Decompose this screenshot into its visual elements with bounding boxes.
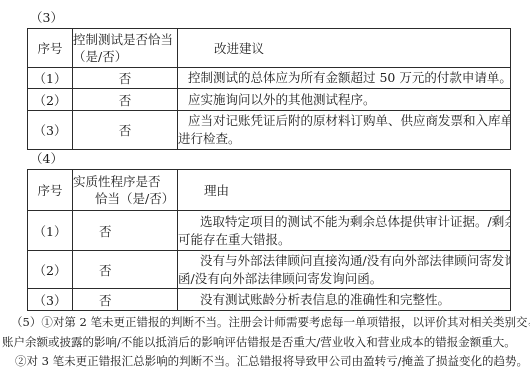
answer-cell: 否 <box>73 111 178 150</box>
table-row: （1） 否 选取特定项目的测试不能为剩余总体提供审计证据。/剩余总体 可能存在重… <box>28 211 511 251</box>
header-line: 恰当（是/否） <box>95 190 177 207</box>
row-number-cell: （3） <box>28 289 73 311</box>
suggestion-cell: 应当对记账凭证后附的原材料订购单、供应商发票和入库单 进行检查。 <box>178 111 511 150</box>
row-number-cell: （3） <box>28 111 73 150</box>
header-line: （是/否） <box>73 48 177 65</box>
cell-text-line: 应当对记账凭证后附的原材料订购单、供应商发票和入库单 <box>178 112 510 130</box>
table-row: （3） 否 没有测试账龄分析表信息的准确性和完整性。 <box>28 289 511 311</box>
reason-cell: 没有与外部法律顾问直接沟通/没有向外部法律顾问寄发询证 函/没有向外部法律顾问寄… <box>178 251 511 289</box>
document-page: （3） 序号 控制测试是否恰当 （是/否） 改进建议 （1） 否 控制测试的总体… <box>0 0 530 372</box>
row-number-cell: （1） <box>28 68 73 89</box>
cell-text-line: 函/没有向外部法律顾问寄发询问函。 <box>178 270 510 288</box>
cell-text-line: 进行检查。 <box>178 130 510 148</box>
cell-text-line: 没有测试账龄分析表信息的准确性和完整性。 <box>178 291 510 309</box>
suggestion-cell: 控制测试的总体应为所有金额超过 50 万元的付款申请单。 <box>178 68 511 89</box>
answer-cell: 否 <box>73 89 178 111</box>
cell-text-line: 应实施询问以外的其他测试程序。 <box>178 91 510 109</box>
paragraph-line: ②对 3 笔未更正错报汇总影响的判断不当。汇总错报将导致甲公司由盈转亏/掩盖了损… <box>2 352 530 372</box>
control-test-table-header-row: 序号 控制测试是否恰当 （是/否） 改进建议 <box>28 29 511 68</box>
reason-cell: 没有测试账龄分析表信息的准确性和完整性。 <box>178 289 511 311</box>
cell-text-line: 没有与外部法律顾问直接沟通/没有向外部法律顾问寄发询证 <box>178 252 510 270</box>
table-row: （2） 否 应实施询问以外的其他测试程序。 <box>28 89 511 111</box>
header-line: 控制测试是否恰当 <box>73 31 177 48</box>
header-line: 实质性程序是否 <box>73 173 177 190</box>
section-4-label: （4） <box>30 150 530 169</box>
table-row: （1） 否 控制测试的总体应为所有金额超过 50 万元的付款申请单。 <box>28 68 511 89</box>
header-reason: 理由 <box>178 170 511 211</box>
section-5-paragraph: （5）①对第 2 笔未更正错报的判断不当。注册会计师需要考虑每一单项错报，以评价… <box>0 313 530 372</box>
header-seq-no: 序号 <box>28 170 73 211</box>
paragraph-line: （5）①对第 2 笔未更正错报的判断不当。注册会计师需要考虑每一单项错报，以评价… <box>2 313 530 333</box>
answer-cell: 否 <box>73 68 178 89</box>
suggestion-cell: 应实施询问以外的其他测试程序。 <box>178 89 511 111</box>
section-3-label: （3） <box>30 8 530 28</box>
cell-text-line: 选取特定项目的测试不能为剩余总体提供审计证据。/剩余总体 <box>178 213 510 231</box>
answer-cell: 否 <box>73 289 178 311</box>
substantive-procedure-table-header-row: 序号 实质性程序是否 恰当（是/否） 理由 <box>28 170 511 211</box>
row-number-cell: （1） <box>28 211 73 251</box>
answer-cell: 否 <box>73 211 178 251</box>
cell-text-line: 控制测试的总体应为所有金额超过 50 万元的付款申请单。 <box>178 69 510 87</box>
table-row: （3） 否 应当对记账凭证后附的原材料订购单、供应商发票和入库单 进行检查。 <box>28 111 511 150</box>
header-seq-no: 序号 <box>28 29 73 68</box>
control-test-table: 序号 控制测试是否恰当 （是/否） 改进建议 （1） 否 控制测试的总体应为所有… <box>27 28 511 150</box>
header-control-test-appropriate: 控制测试是否恰当 （是/否） <box>73 29 178 68</box>
row-number-cell: （2） <box>28 251 73 289</box>
substantive-procedure-table: 序号 实质性程序是否 恰当（是/否） 理由 （1） 否 选取特定项目的测试不能为… <box>27 169 511 311</box>
header-improvement-suggestion: 改进建议 <box>178 29 511 68</box>
row-number-cell: （2） <box>28 89 73 111</box>
answer-cell: 否 <box>73 251 178 289</box>
header-substantive-procedure-appropriate: 实质性程序是否 恰当（是/否） <box>73 170 178 211</box>
paragraph-line: 账户余额或披露的影响/不能以抵消后的影响评估错报是否重大/营业收入和营业成本的错… <box>2 333 530 353</box>
cell-text-line: 可能存在重大错报。 <box>178 231 510 249</box>
table-row: （2） 否 没有与外部法律顾问直接沟通/没有向外部法律顾问寄发询证 函/没有向外… <box>28 251 511 289</box>
reason-cell: 选取特定项目的测试不能为剩余总体提供审计证据。/剩余总体 可能存在重大错报。 <box>178 211 511 251</box>
